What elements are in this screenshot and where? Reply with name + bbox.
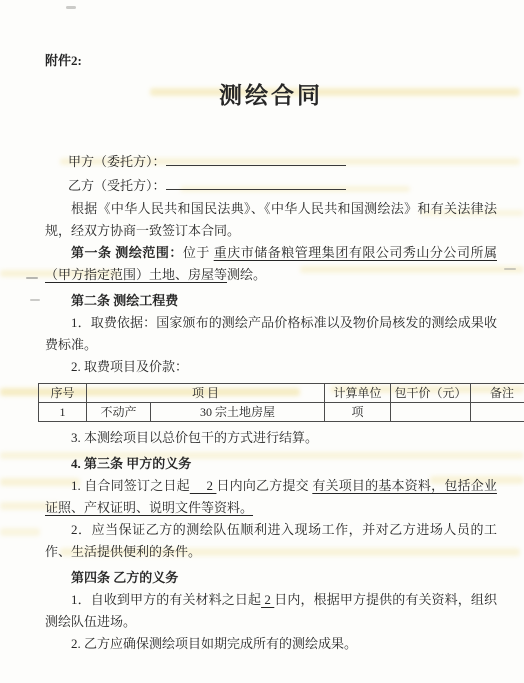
scan-artifact	[26, 277, 38, 279]
clause1-suffix: 测绘。	[227, 267, 266, 282]
fee-cell-category: 不动产	[87, 403, 151, 422]
fee-cell-price	[391, 403, 471, 422]
contract-body: 附件2: 测绘合同 甲方（委托方）： 乙方（受托方）： 根据《中华人民共和国民法…	[45, 50, 497, 655]
fee-table-row: 1 不动产 30 宗土地房屋 项	[39, 403, 524, 422]
clause1-prefix: 位于	[183, 245, 214, 260]
fee-header-price: 包干价（元）	[391, 384, 471, 403]
scanned-contract-page: 附件2: 测绘合同 甲方（委托方）： 乙方（受托方）： 根据《中华人民共和国民法…	[0, 0, 524, 683]
clause3-days-filled-value: 2	[190, 478, 217, 493]
scan-artifact	[504, 268, 516, 270]
clause4-item1-text: 1．自收到甲方的有关材料之日起	[71, 592, 261, 607]
scan-artifact	[30, 299, 40, 301]
clause2-item3: 3. 本测绘项目以总价包干的方式进行结算。	[45, 427, 497, 449]
party-a-blank-field	[166, 152, 346, 166]
clause3-item2: 2．应当保证乙方的测绘队伍顺利进入现场工作，并对乙方进场人员的工作、生活提供便利…	[45, 519, 497, 563]
fee-cell-no: 1	[39, 403, 87, 422]
page-title: 测绘合同	[45, 77, 497, 110]
party-a-label: 甲方（委托方）：	[68, 154, 166, 169]
fee-header-unit: 计算单位	[325, 384, 391, 403]
clause2-item2: 2. 取费项目及价款：	[45, 356, 497, 378]
clause4-heading: 第四条 乙方的义务	[45, 567, 497, 589]
preamble-paragraph: 根据《中华人民共和国民法典》、《中华人民共和国测绘法》和有关法律法规，经双方协商…	[45, 198, 497, 242]
fee-cell-unit: 项	[325, 403, 391, 422]
clause3-item1-text: 1. 自合同签订之日起	[71, 478, 190, 493]
clause2-item1: 1．取费依据：国家颁布的测绘产品价格标准以及物价局核发的测绘成果收费标准。	[45, 312, 497, 356]
fee-table-header-row: 序号 项 目 计算单位 包干价（元） 备注	[39, 384, 524, 403]
clause3-item1-text2: 日内向乙方提交	[216, 478, 312, 493]
attachment-label: 附件2:	[45, 50, 497, 69]
fee-header-note: 备注	[471, 384, 524, 403]
fee-cell-item: 30 宗土地房屋	[151, 403, 325, 422]
clause3-item1: 1. 自合同签订之日起 2 日内向乙方提交 有关项目的基本资料，包括企业证照、产…	[45, 475, 497, 519]
clause4-item1: 1．自收到甲方的有关材料之日起 2 日内，根据甲方提供的有关资料，组织测绘队伍进…	[45, 589, 497, 633]
fee-header-item: 项 目	[87, 384, 325, 403]
party-b-label: 乙方（受托方）：	[68, 178, 166, 193]
party-a-line: 甲方（委托方）：	[68, 150, 497, 174]
fee-header-no: 序号	[39, 384, 87, 403]
party-b-line: 乙方（受托方）：	[68, 174, 497, 198]
clause4-days-filled-value: 2	[261, 592, 274, 607]
scan-artifact	[0, 528, 40, 536]
scan-artifact	[66, 6, 76, 9]
party-b-blank-field	[166, 176, 346, 190]
fee-cell-note	[471, 403, 524, 422]
clause1-heading: 第一条 测绘范围：	[71, 245, 183, 260]
clause2-heading: 第二条 测绘工程费	[45, 290, 497, 312]
clause4-item2: 2. 乙方应确保测绘项目如期完成所有的测绘成果。	[45, 633, 497, 655]
clause1-paragraph: 第一条 测绘范围：位于 重庆市储备粮管理集团有限公司秀山分公司所属（甲方指定范围…	[45, 242, 497, 286]
fee-table: 序号 项 目 计算单位 包干价（元） 备注 1 不动产 30 宗土地房屋 项	[38, 383, 524, 422]
clause3-heading: 4. 第三条 甲方的义务	[45, 453, 497, 475]
